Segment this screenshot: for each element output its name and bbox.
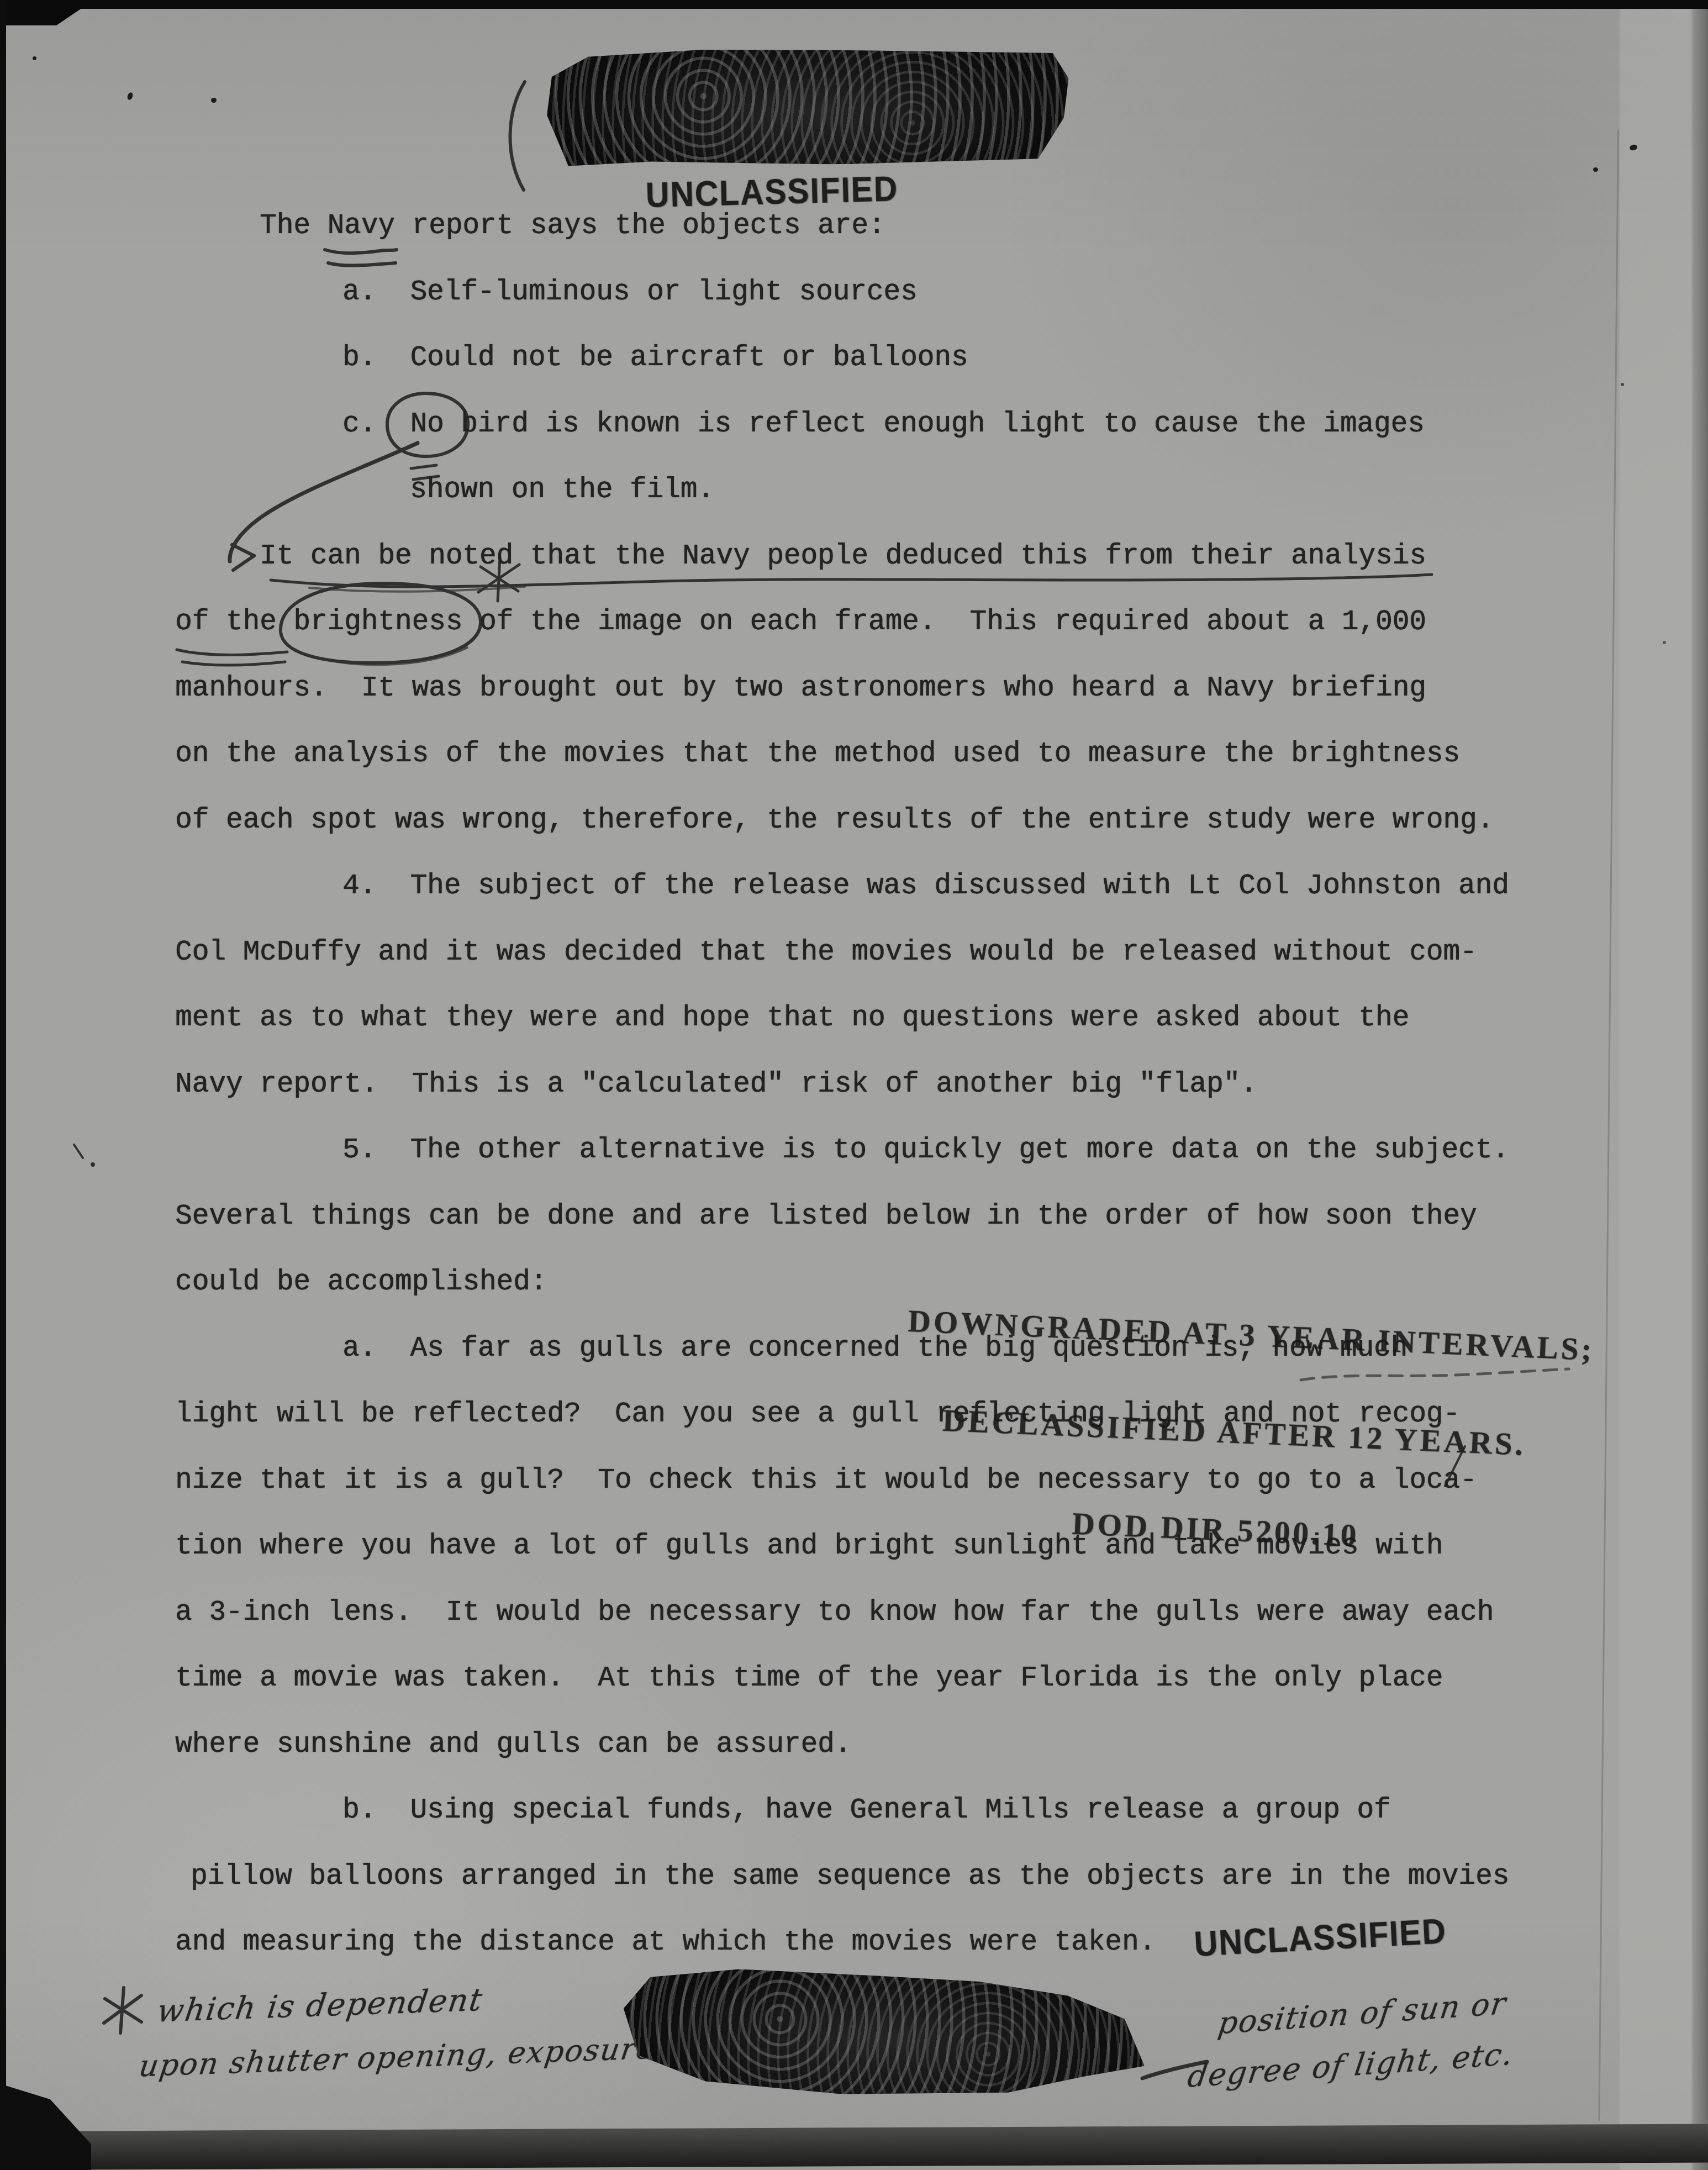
asterisk-mark-brightness	[478, 558, 519, 601]
paren-mark	[510, 82, 525, 190]
asterisk-mark-footnote	[104, 1988, 141, 2033]
scan-edge-top	[0, 0, 1708, 9]
redaction-tail-dash	[1142, 2062, 1207, 2078]
brightness-circle-annotation	[281, 583, 481, 665]
curved-arrow	[230, 443, 418, 570]
sentence-underline	[177, 575, 1432, 665]
pencil-scribble-how-much	[1301, 1369, 1569, 1380]
no-circle-annotation	[387, 393, 468, 480]
handwritten-annotation-strokes	[0, 0, 1708, 2170]
navy-double-underline	[325, 250, 397, 266]
scan-edge-left	[0, 0, 6, 2170]
slash-mark	[1445, 1446, 1465, 1486]
small-pencil-tick	[74, 1145, 95, 1167]
scanned-document-page: The Navy report says the objects are:a. …	[0, 0, 1708, 2170]
scan-edge-right	[1691, 0, 1708, 2170]
scan-edge-bottom	[0, 2124, 1708, 2170]
